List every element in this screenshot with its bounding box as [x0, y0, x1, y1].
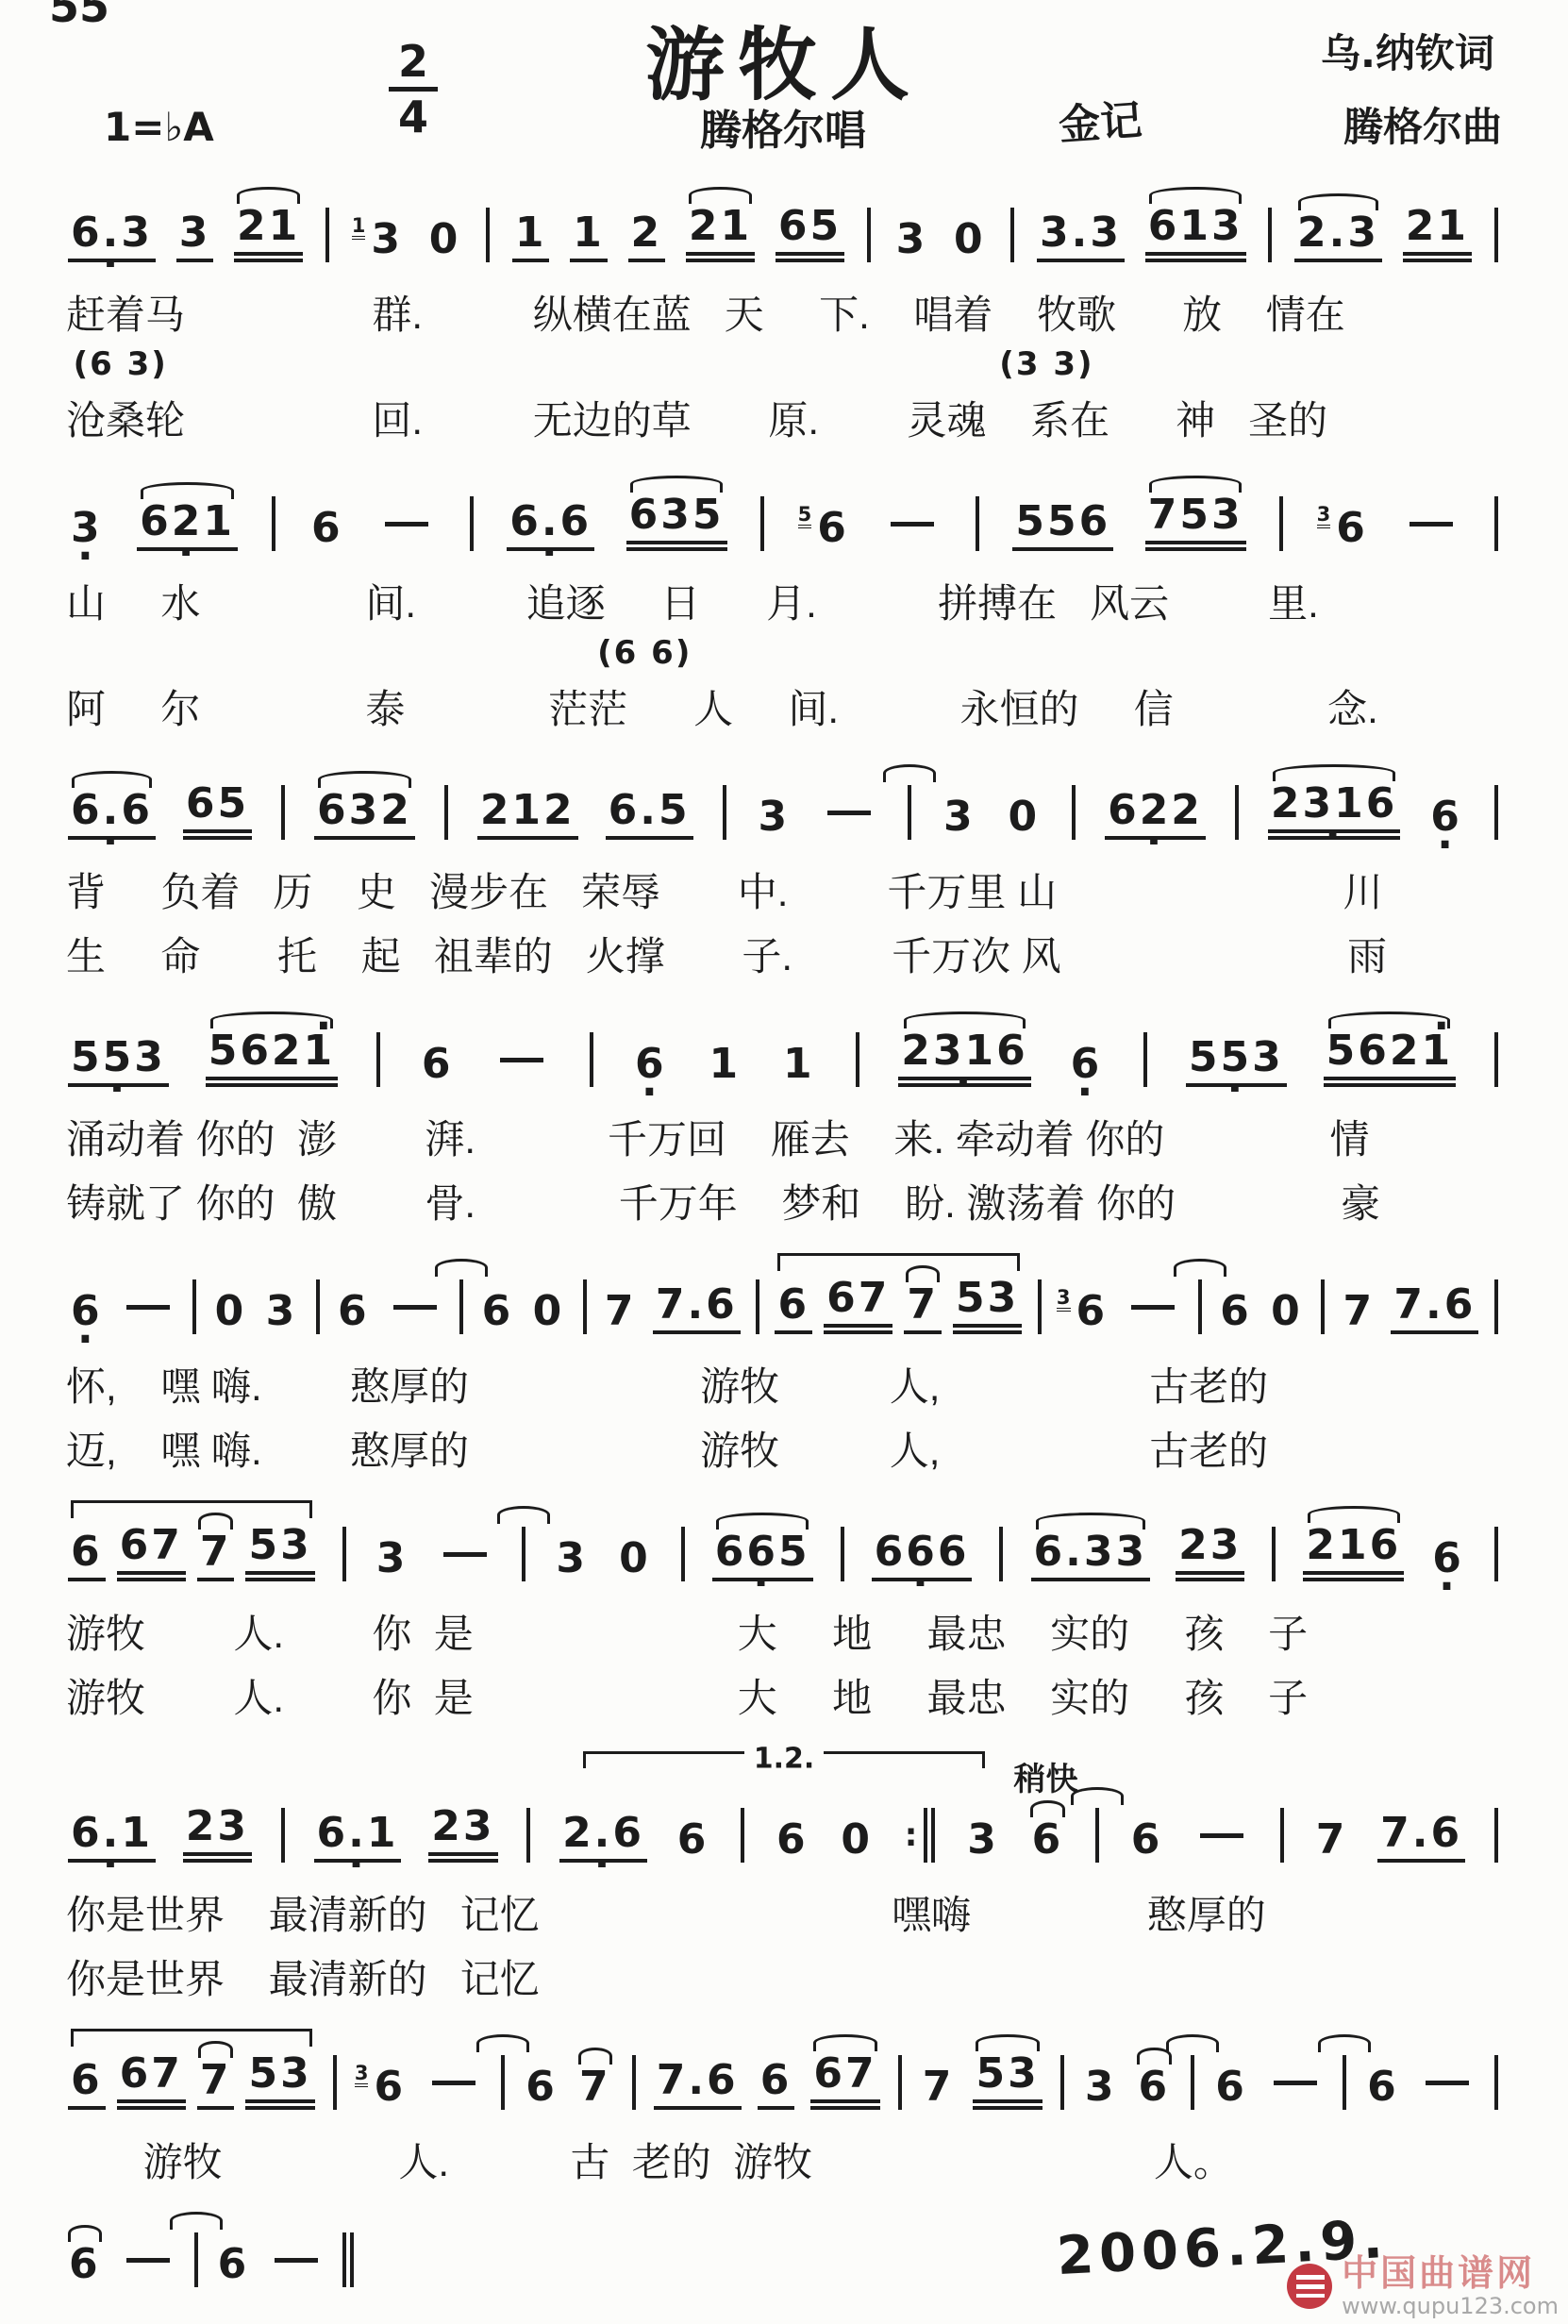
note: 7: [602, 1289, 640, 1334]
barline: [272, 496, 275, 551]
barline: [999, 1527, 1003, 1581]
barline: [1494, 1279, 1498, 1334]
barline: [1038, 1279, 1042, 1334]
barline: [316, 1279, 320, 1334]
note: 6: [1136, 2065, 1174, 2110]
dash-note: [119, 1305, 177, 1334]
note: 7.6: [1377, 1811, 1465, 1863]
notation-line: 6.33211301122165303.36132.321: [66, 166, 1502, 285]
barline: [1268, 208, 1272, 262]
note: 6: [335, 1289, 373, 1334]
beam-group: 667753: [775, 1253, 1022, 1334]
barline: [1010, 208, 1014, 262]
note: 6: [68, 2058, 106, 2110]
lyric-line: 涌动着 你的 澎 湃. 千万回 雁去 来. 牵动着 你的 情: [66, 1110, 1502, 1174]
note: 6.6: [507, 499, 594, 551]
dash-note: [436, 1552, 494, 1581]
barline: [841, 1527, 844, 1581]
note: 7: [576, 2065, 614, 2110]
barline: [501, 2055, 505, 2110]
note: 1: [706, 1042, 743, 1087]
note: 5621: [1324, 1028, 1456, 1087]
volta-label: 1.2.: [744, 1745, 825, 1759]
barline: [1191, 2055, 1194, 2110]
note: 53: [245, 2051, 314, 2110]
note: 0: [426, 217, 464, 262]
note: 36: [1057, 1289, 1110, 1334]
note: 6: [479, 1289, 517, 1334]
small-notes: (3 3): [999, 345, 1093, 383]
note: 3: [893, 217, 931, 262]
lyric-line: 怀, 嘿 嗨. 憨厚的 游牧 人, 古老的: [66, 1357, 1502, 1421]
time-signature-numerator: 2: [389, 40, 438, 92]
barline: [1072, 785, 1076, 840]
note: 2: [628, 210, 666, 262]
barline: [723, 785, 726, 840]
small-notes: (6 6): [597, 634, 692, 672]
note: 7.6: [653, 1282, 741, 1334]
grace-note: 1: [352, 216, 366, 240]
barline: [281, 1808, 285, 1863]
sheet-music-page: 55 游牧人 乌.纳钦词 腾格尔曲 腾格尔唱 金记 1=♭A 2 4 6.332…: [0, 0, 1568, 2324]
note: 6: [675, 1817, 712, 1863]
site-watermark: 中国曲谱网 www.qupu123.com: [1287, 2254, 1559, 2318]
final-barline: [342, 2232, 354, 2287]
note: 6: [1427, 794, 1465, 840]
notation-line: 362166.66355655675336: [66, 455, 1502, 574]
barline: [1494, 785, 1498, 840]
grace-note: 3: [1317, 505, 1331, 528]
note: 6: [775, 1282, 812, 1334]
barline: [1494, 1032, 1498, 1087]
barline: [867, 208, 871, 262]
barline: [1321, 1279, 1325, 1334]
notation-line: 6677533306656666.33232166: [66, 1485, 1502, 1604]
lyric-line: 铸就了 你的 傲 骨. 千万年 梦和 盼. 激荡着 你的 豪: [66, 1174, 1502, 1238]
small-notes-row: (6 6): [66, 638, 1502, 679]
repeat-dots: :: [905, 1819, 918, 1851]
dash-note: [377, 522, 436, 551]
note: 6: [632, 1042, 670, 1087]
note: 2316: [898, 1028, 1030, 1087]
barline: [1494, 496, 1498, 551]
dash-note: [267, 2258, 325, 2287]
lyric-line: 你是世界 最清新的 记忆: [66, 1949, 1502, 2014]
composer-credit: 腾格尔曲: [1343, 96, 1502, 153]
barline: [1279, 496, 1283, 551]
note: 613: [1145, 204, 1246, 262]
note: 6: [758, 2058, 795, 2110]
note: 23: [428, 1804, 497, 1863]
note: 6.5: [606, 788, 693, 840]
note: 6: [309, 506, 346, 551]
repeat-barline: :: [905, 1808, 936, 1863]
note: 7: [1313, 1817, 1351, 1863]
barline: [333, 2055, 337, 2110]
small-notes: (6 3): [74, 345, 168, 383]
site-url: www.qupu123.com: [1342, 2294, 1559, 2318]
barline: [756, 1279, 759, 1334]
note: 7.6: [654, 2058, 742, 2110]
notation-line: 1.2.稍快6.1236.1232.6660:36677.6: [66, 1732, 1502, 1885]
note: 6: [523, 2065, 560, 2110]
barline: [444, 785, 448, 840]
barline: [908, 785, 911, 840]
note: 13: [352, 217, 406, 262]
dash-note: [492, 1058, 551, 1087]
note: 53: [245, 1523, 314, 1581]
note: 6: [1364, 2065, 1402, 2110]
note: 7: [920, 2065, 958, 2110]
note: 621: [137, 499, 238, 551]
note: 2.3: [1294, 210, 1382, 262]
barline: [470, 496, 474, 551]
note: 6: [215, 2242, 253, 2287]
barline: [856, 1032, 859, 1087]
note: 3: [263, 1289, 301, 1334]
note: 3: [553, 1536, 591, 1581]
beam-group: 667753: [68, 1500, 315, 1581]
tempo-mark: 稍快: [1014, 1753, 1078, 1799]
note: 6.1: [314, 1811, 402, 1863]
note: 6: [1128, 1817, 1166, 1863]
note: 216: [1303, 1523, 1404, 1581]
note: 3: [964, 1817, 1002, 1863]
note: 635: [626, 493, 727, 551]
notation-line: 66: [66, 2202, 519, 2297]
beam-group: 667753: [68, 2029, 315, 2110]
note: 1: [780, 1042, 818, 1087]
barline: [281, 785, 285, 840]
lyric-line: 背 负着 历 史 漫步在 荣辱 中. 千万里 山 川: [66, 862, 1502, 927]
note: 622: [1105, 788, 1206, 840]
note: 3: [68, 506, 106, 551]
note: 6: [1068, 1042, 1106, 1087]
note: 6: [68, 1530, 106, 1581]
barline: [376, 1032, 380, 1087]
lyric-line: 游牧 人. 你 是 大 地 最忠 实的 孩 子: [66, 1604, 1502, 1668]
note: 556: [1012, 499, 1113, 551]
note: 6.1: [68, 1811, 156, 1863]
note: 6: [774, 1817, 811, 1863]
note: 7.6: [1391, 1282, 1478, 1334]
note: 53: [973, 2051, 1042, 2110]
lyric-line: 沧桑轮 回. 无边的草 原. 灵魂 系在 神 圣的: [66, 391, 1502, 455]
notation-line: 6.6656322126.533062223166: [66, 744, 1502, 862]
barline: [741, 1808, 744, 1863]
lyric-line: 迈, 嘿 嗨. 憨厚的 游牧 人, 古老的: [66, 1421, 1502, 1485]
volta-bracket: 1.2.: [583, 1751, 985, 1768]
dash-note: [386, 1305, 444, 1334]
dash-note: [119, 2258, 177, 2287]
dash-note: [1402, 522, 1460, 551]
barline: [590, 1032, 593, 1087]
barline: [1095, 1808, 1099, 1863]
note: 7: [197, 2058, 235, 2110]
lyric-line: 阿 尔 泰 茫茫 人 间. 永恒的 信 念.: [66, 679, 1502, 744]
dash-note: [1193, 1833, 1251, 1863]
barline: [583, 1279, 587, 1334]
note: 2316: [1268, 781, 1400, 840]
note: 0: [838, 1817, 876, 1863]
note: 3.3: [1037, 210, 1125, 262]
site-logo-icon: [1287, 2264, 1332, 2309]
note: 6: [419, 1042, 457, 1087]
note: 6.3: [68, 210, 156, 262]
barline: [1272, 1527, 1276, 1581]
barline: [681, 1527, 685, 1581]
note: 21: [686, 204, 755, 262]
note: 0: [951, 217, 989, 262]
barline: [522, 1527, 525, 1581]
barline: [1494, 2055, 1498, 2110]
note: 6.6: [68, 788, 156, 840]
note: 632: [314, 788, 415, 840]
note: 0: [530, 1289, 568, 1334]
note: 56: [798, 506, 852, 551]
barline: [1143, 1032, 1147, 1087]
small-notes-row: (6 3)(3 3): [66, 349, 1502, 391]
barline: [1198, 1279, 1202, 1334]
note: 665: [712, 1530, 813, 1581]
note: 1: [570, 210, 608, 262]
note: 666: [872, 1530, 973, 1581]
singer-credit: 腾格尔唱: [700, 96, 866, 157]
notation-line: 55356216611231665535621: [66, 991, 1502, 1110]
barline: [1280, 1808, 1284, 1863]
barline: [526, 1808, 530, 1863]
note: 2.6: [559, 1811, 647, 1863]
lyric-line: 山 水 间. 追逐 日 月. 拼搏在 风云 里.: [66, 574, 1502, 638]
notation-line: 60366077.6667753366077.6: [66, 1238, 1502, 1357]
note: 7: [1340, 1289, 1377, 1334]
note: 21: [234, 204, 303, 262]
barline: [486, 208, 490, 262]
note: 53: [953, 1276, 1022, 1334]
note: 65: [776, 204, 844, 262]
barline: [760, 496, 764, 551]
note: 6: [66, 2242, 104, 2287]
note: 3: [374, 1536, 411, 1581]
barline: [898, 2055, 902, 2110]
dash-note: [425, 2081, 483, 2110]
lyric-line: 游牧 人. 古 老的 游牧 人。: [66, 2132, 1502, 2197]
barline: [1343, 2055, 1346, 2110]
note: 21: [1403, 204, 1472, 262]
dash-note: [1418, 2081, 1476, 2110]
note: 212: [477, 788, 578, 840]
grace-note: 3: [1057, 1288, 1071, 1312]
barline: [325, 208, 329, 262]
score-body: 6.33211301122165303.36132.321赶着马 群. 纵横在蓝…: [66, 166, 1502, 2197]
grace-note: 3: [355, 2064, 369, 2087]
barline: [1494, 1808, 1498, 1863]
note: 5621: [206, 1028, 338, 1087]
note: 67: [117, 1523, 186, 1581]
key-signature: 1=♭A: [104, 104, 214, 150]
note: 23: [183, 1804, 252, 1863]
note: 36: [1317, 506, 1371, 551]
dash-note: [883, 522, 942, 551]
lyric-line: 游牧 人. 你 是 大 地 最忠 实的 孩 子: [66, 1668, 1502, 1732]
grace-note: 5: [798, 505, 812, 528]
note: 553: [68, 1035, 169, 1087]
lyricist-credit: 乌.纳钦词: [1321, 23, 1494, 79]
barline: [1060, 2055, 1064, 2110]
note: 3: [1082, 2065, 1120, 2110]
barline: [1494, 1527, 1498, 1581]
note: 3: [755, 794, 792, 840]
barline: [1494, 208, 1498, 262]
lyric-line: 赶着马 群. 纵横在蓝 天 下. 唱着 牧歌 放 情在: [66, 285, 1502, 349]
note: 0: [616, 1536, 654, 1581]
note: 7: [197, 1530, 235, 1581]
site-name: 中国曲谱网: [1342, 2254, 1559, 2294]
note: 6: [1217, 1289, 1255, 1334]
note: 36: [355, 2065, 409, 2110]
note: 6: [68, 1289, 106, 1334]
note: 23: [1176, 1523, 1244, 1581]
note: 0: [1006, 794, 1043, 840]
barline: [632, 2055, 636, 2110]
barline: [192, 1279, 196, 1334]
note: 3: [941, 794, 978, 840]
dash-note: [820, 811, 878, 840]
note: 6: [1429, 1536, 1467, 1581]
time-signature: 2 4: [389, 40, 438, 139]
dash-note: [1124, 1305, 1182, 1334]
note: 67: [824, 1276, 892, 1334]
note: 553: [1186, 1035, 1287, 1087]
lyric-line: 生 命 托 起 祖辈的 火撑 子. 千万次 风 雨: [66, 927, 1502, 991]
note: 7: [904, 1282, 942, 1334]
dash-note: [1266, 2081, 1325, 2110]
notation-line: 66775336677.66677533666: [66, 2014, 1502, 2132]
note: 0: [1268, 1289, 1306, 1334]
note: 65: [183, 781, 252, 840]
barline: [976, 496, 979, 551]
note: 0: [212, 1289, 250, 1334]
note: 3: [176, 210, 214, 262]
barline: [459, 1279, 463, 1334]
note: 753: [1145, 493, 1246, 551]
note: 1: [512, 210, 550, 262]
note: 6: [1212, 2065, 1250, 2110]
barline: [194, 2232, 198, 2287]
score-header: 游牧人 乌.纳钦词 腾格尔曲 腾格尔唱 金记 1=♭A 2 4: [66, 6, 1502, 166]
time-signature-denominator: 4: [389, 92, 438, 139]
barline: [1235, 785, 1239, 840]
barline: [342, 1527, 346, 1581]
lyric-line: 你是世界 最清新的 记忆 嘿嗨 憨厚的: [66, 1885, 1502, 1949]
note: 6.33: [1031, 1530, 1151, 1581]
note: 6: [1029, 1817, 1067, 1863]
note: 67: [810, 2051, 879, 2110]
note: 67: [117, 2051, 186, 2110]
transcriber-mark: 金记: [1057, 86, 1143, 152]
